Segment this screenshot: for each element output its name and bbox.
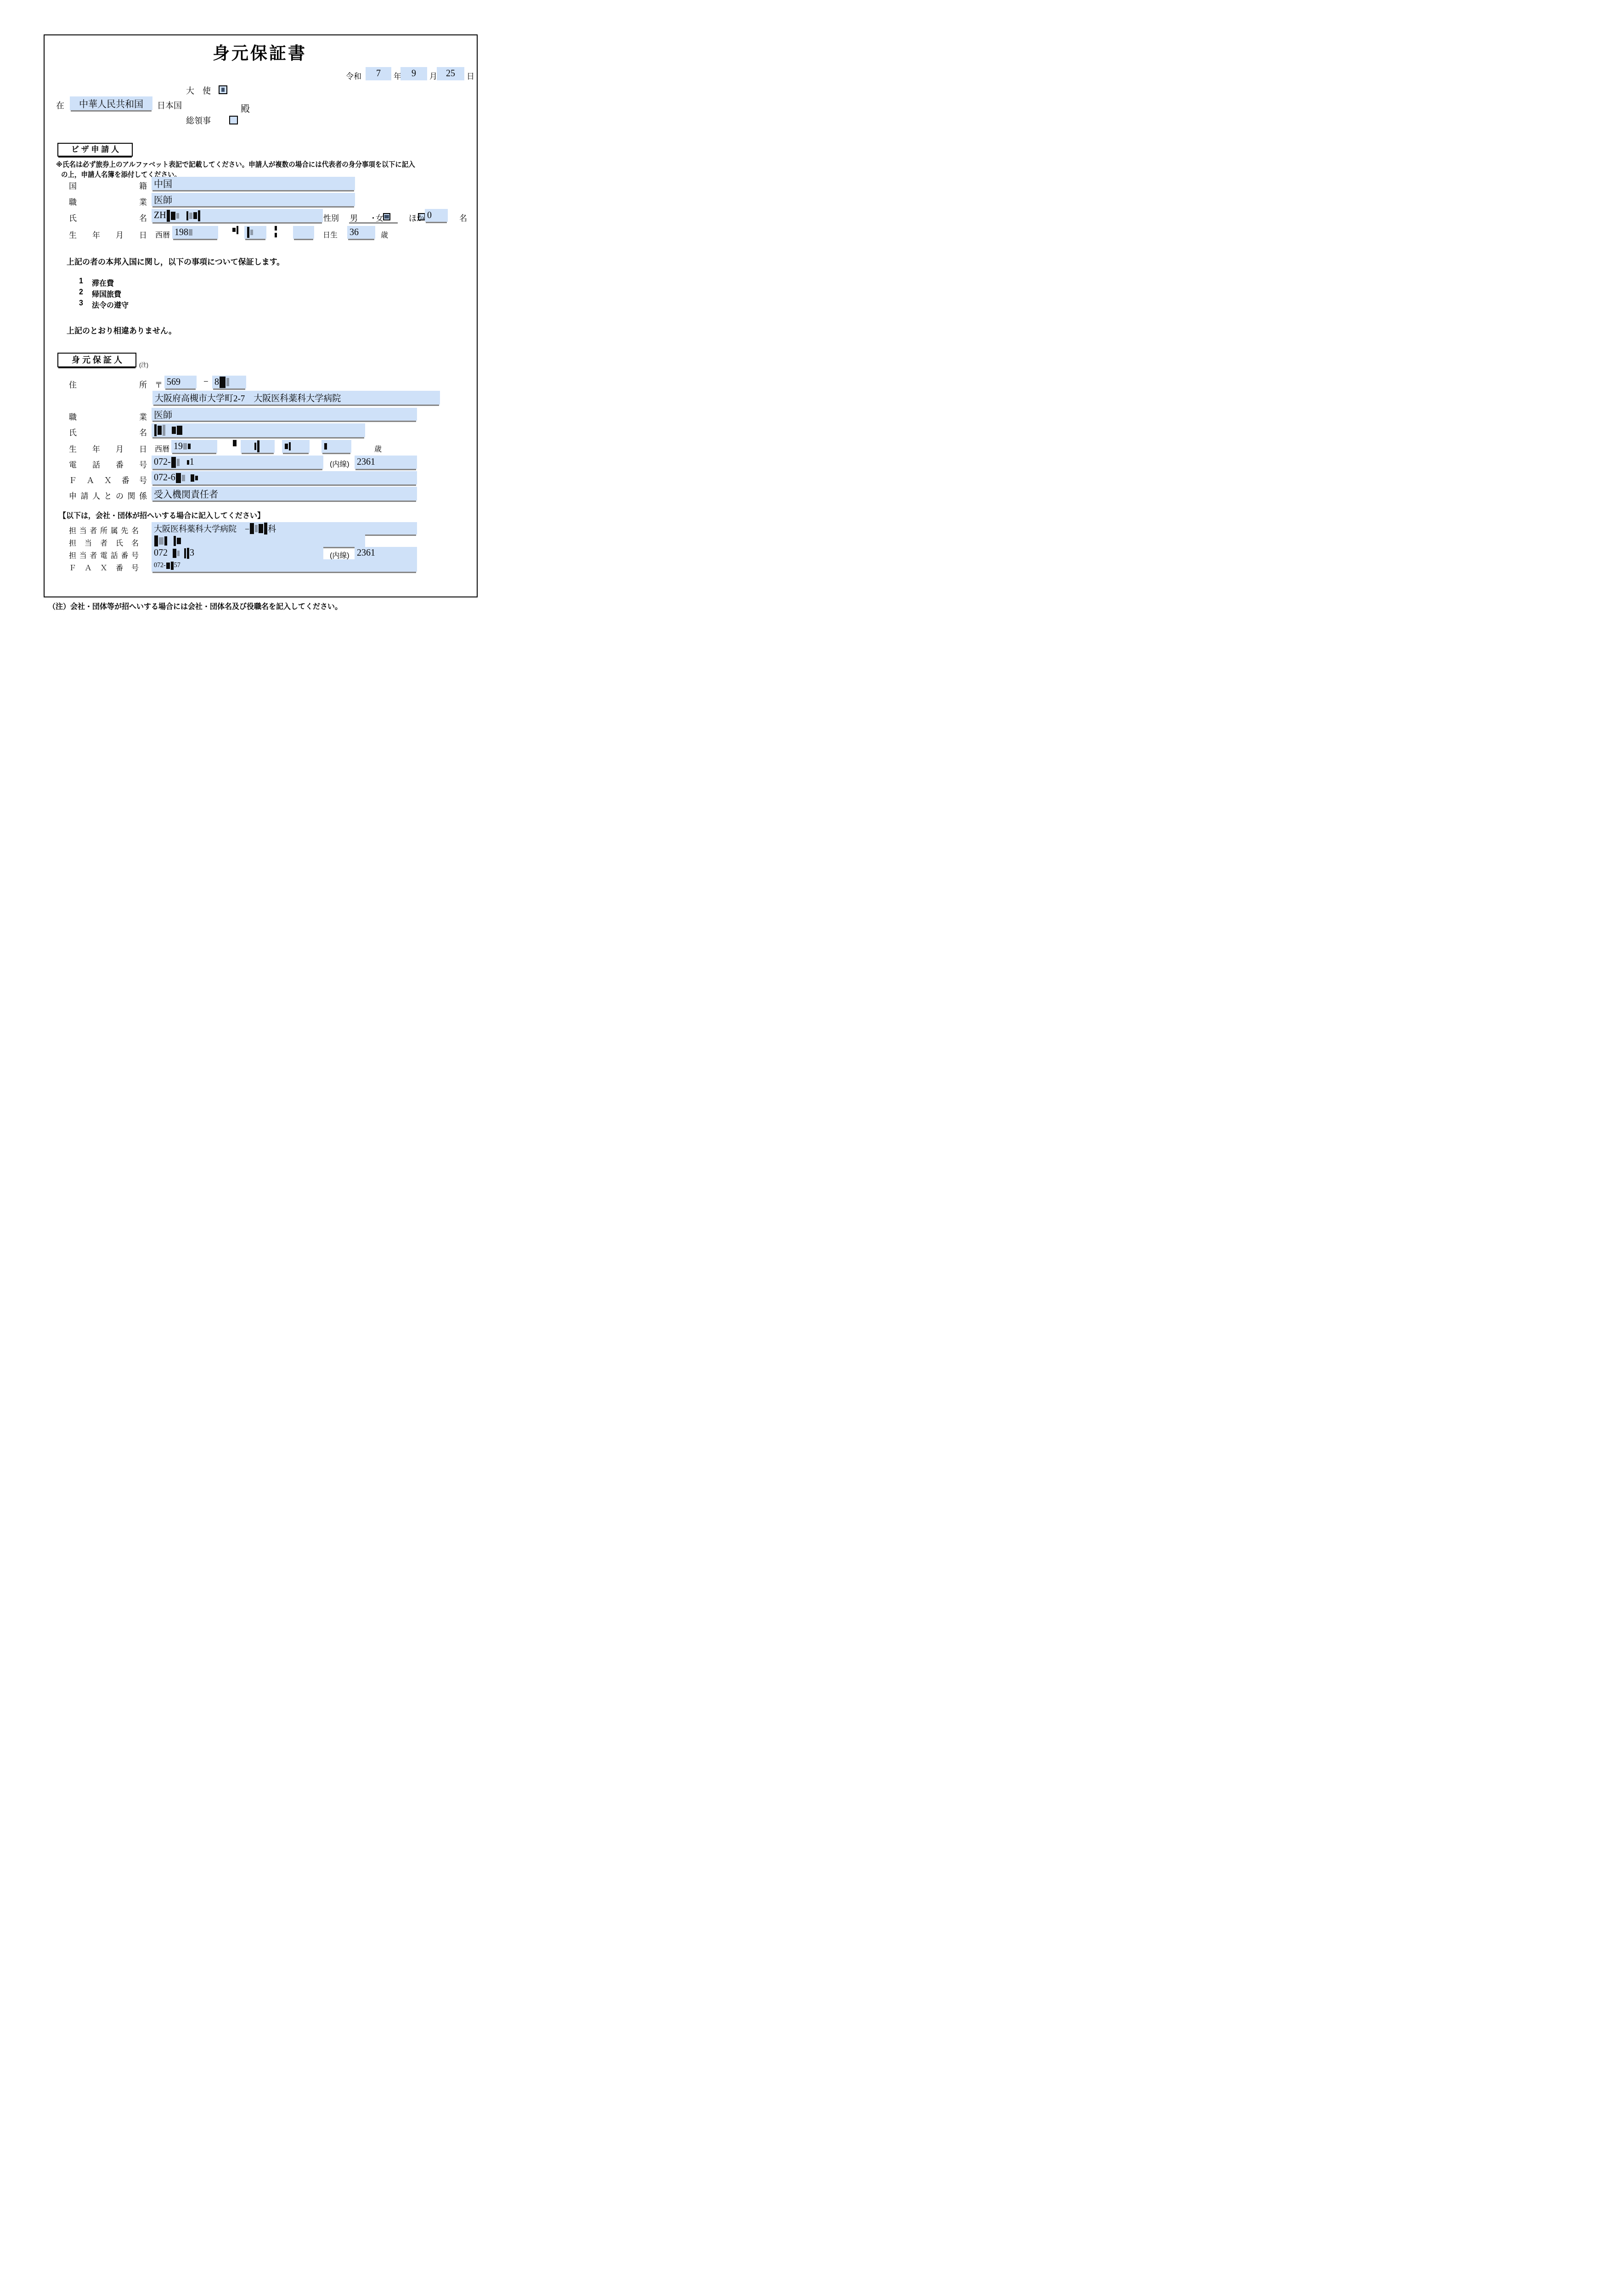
redaction-block — [159, 537, 164, 545]
redaction-block — [186, 211, 188, 220]
guarantor-header-note: (注) — [139, 361, 148, 369]
date-month-unit: 月 — [429, 70, 437, 81]
applicant-occupation-field[interactable]: 医師 — [152, 193, 355, 206]
applicant-birth-year-visible: 198 — [175, 227, 188, 238]
guarantor-address-label: 住所 — [69, 378, 147, 390]
affiliation-label: 担当者所属先名 — [69, 525, 139, 535]
redaction-block — [237, 226, 238, 234]
zai-label: 在 — [56, 99, 64, 111]
redaction-block — [189, 213, 192, 219]
redaction-block — [172, 427, 176, 434]
staff-phone-suffix: 3 — [190, 548, 194, 558]
redaction-block — [195, 476, 198, 480]
redaction-block — [233, 440, 237, 446]
redaction-block — [163, 425, 165, 436]
guarantor-age-unit: 歳 — [374, 443, 382, 454]
pledge-item-1-no: 1 — [79, 277, 83, 286]
redaction-block — [166, 563, 170, 569]
applicant-name-field[interactable]: ZH — [152, 209, 323, 222]
date-day-unit: 日 — [467, 70, 474, 81]
redaction-block — [198, 210, 200, 221]
japan-label: 日本国 — [157, 99, 182, 111]
staff-phone-visible: 072 — [154, 548, 168, 558]
postal-code2-field[interactable]: 8 — [212, 376, 246, 388]
redaction-block — [232, 228, 236, 232]
birth-suffix-label: 日生 — [323, 229, 338, 240]
visa-applicant-header: ビ ザ 申 請 人 — [57, 143, 133, 157]
company-section-header: 【以下は，会社・団体が招へいする場合に記入してください】 — [59, 510, 265, 520]
pledge-item-1-text: 滞在費 — [92, 277, 114, 288]
redaction-block — [187, 548, 189, 559]
redaction-block — [183, 443, 187, 450]
redaction-block — [164, 536, 167, 546]
applicant-name-visible: ZH — [154, 210, 166, 221]
applicant-note-line1: ※氏名は必ず旅券上のアルファベット表記で記載してください。申請人が複数の場合には… — [56, 159, 415, 169]
redaction-block — [191, 474, 194, 482]
date-era-label: 令和 — [346, 70, 361, 81]
redaction-block — [176, 473, 181, 483]
redaction-block — [264, 523, 267, 535]
redaction-block — [275, 226, 277, 231]
guarantor-name-field[interactable] — [152, 423, 365, 437]
postal-code2-visible: 8 — [214, 377, 219, 388]
pledge-item-2-no: 2 — [79, 288, 83, 297]
redaction-block — [220, 377, 226, 388]
redaction-block — [154, 424, 157, 436]
other-unit: 名 — [459, 212, 467, 223]
guarantor-birth-extra-field[interactable] — [321, 440, 351, 453]
female-label: 女 — [376, 212, 383, 223]
guarantor-birth-day-field[interactable] — [282, 440, 310, 453]
ambassador-label: 大 使 — [186, 84, 211, 96]
redaction-block — [158, 426, 162, 435]
consul-label: 総領事 — [186, 114, 211, 126]
applicant-birth-month-field[interactable] — [244, 226, 266, 239]
applicant-birth-year-field[interactable]: 198 — [172, 226, 218, 239]
sex-underline — [349, 222, 398, 224]
guarantor-ext-field[interactable]: 2361 — [355, 456, 417, 469]
redaction-block — [182, 475, 185, 481]
nationality-label: 国籍 — [69, 180, 147, 191]
postal-dash: − — [203, 377, 209, 387]
sex-label: 性別 — [323, 212, 339, 223]
redaction-block — [177, 426, 182, 435]
nationality-field[interactable]: 中国 — [152, 177, 355, 190]
redaction-block — [254, 443, 256, 450]
staff-ext-label: (内線) — [330, 550, 350, 560]
staff-name-label: 担当者氏名 — [69, 537, 139, 548]
redaction-block — [173, 549, 176, 558]
redaction-block — [171, 212, 175, 220]
redaction-block — [259, 524, 263, 533]
pledge-item-3-no: 3 — [79, 299, 83, 308]
staff-fax-field[interactable]: 072- 57 — [152, 559, 417, 572]
staff-fax-visible: 072- — [154, 562, 166, 569]
redaction-block — [184, 548, 186, 558]
country-field[interactable]: 中華人民共和国 — [70, 96, 152, 110]
relation-label: 申請人との関係 — [69, 490, 147, 501]
redaction-block — [257, 440, 259, 452]
document-title: 身元保証書 — [44, 39, 476, 64]
redaction-block — [167, 210, 170, 222]
affiliation-visible: 大阪医科薬科大学病院 − — [154, 523, 249, 535]
guarantor-occupation-label: 職業 — [69, 411, 147, 422]
guarantor-fax-label: ＦＡＸ番号 — [69, 474, 147, 485]
guarantor-address-field[interactable]: 大阪府高槻市大学町2-7 大阪医科薬科大学病院 — [152, 391, 440, 405]
staff-name-field[interactable] — [152, 535, 365, 547]
guarantor-fax-field[interactable]: 072-6 — [152, 471, 417, 484]
redaction-block — [188, 444, 191, 449]
redaction-block — [171, 562, 174, 570]
male-label: 男 — [350, 212, 358, 223]
applicant-name-label: 氏名 — [69, 212, 147, 223]
consul-checkbox[interactable] — [229, 116, 238, 124]
footer-note: （注）会社・団体等が招へいする場合には会社・団体名及び役職名を記入してください。 — [48, 601, 342, 611]
guarantor-header: 身 元 保 証 人 — [57, 353, 136, 367]
redaction-block — [177, 538, 181, 544]
redaction-block — [285, 444, 288, 449]
redaction-block — [250, 230, 253, 235]
guarantor-phone-visible: 072- — [154, 457, 171, 467]
postal-code1-field[interactable]: 569 — [164, 376, 197, 388]
redaction-block — [247, 227, 249, 238]
guarantor-birth-year-visible: 19 — [174, 441, 183, 452]
redaction-block — [174, 536, 176, 546]
guarantor-era-label: 西暦 — [155, 443, 169, 454]
age-field[interactable]: 36 — [347, 226, 375, 239]
applicant-era-label: 西暦 — [155, 229, 170, 240]
redaction-block — [250, 523, 254, 534]
redaction-block — [226, 378, 229, 386]
guarantor-occupation-field[interactable]: 医師 — [152, 408, 417, 421]
applicant-birth-label: 生年月日 — [69, 229, 147, 240]
guarantor-ext-label: (内線) — [330, 458, 350, 469]
pledge-closing: 上記のとおり相違ありません。 — [67, 324, 176, 336]
age-unit-label: 歳 — [381, 229, 388, 240]
staff-ext-field[interactable]: 2361 — [355, 547, 417, 559]
staff-phone-label: 担当者電話番号 — [69, 550, 139, 560]
staff-fax-suffix: 57 — [174, 562, 180, 569]
date-month-field[interactable]: 9 — [400, 67, 427, 80]
redaction-block — [154, 535, 158, 546]
date-year-field[interactable]: 7 — [366, 67, 391, 80]
redaction-block — [177, 551, 180, 556]
guarantor-phone-suffix: 1 — [190, 457, 194, 467]
pledge-item-3-text: 法令の遵守 — [92, 299, 129, 310]
redaction-block — [187, 460, 189, 465]
guarantor-fax-visible: 072-6 — [154, 473, 175, 483]
staff-fax-label: ＦＡＸ番号 — [69, 562, 139, 573]
other-label: ほか — [409, 212, 424, 223]
redaction-block — [177, 459, 180, 466]
redaction-block — [275, 233, 277, 237]
relation-field[interactable]: 受入機関責任者 — [152, 487, 417, 501]
guarantor-birth-month-field[interactable] — [241, 440, 275, 453]
redaction-block — [171, 457, 176, 468]
other-count-field[interactable]: 0 — [425, 209, 448, 222]
pledge-item-2-text: 帰国旅費 — [92, 288, 121, 299]
guarantor-birth-label: 生年月日 — [69, 443, 147, 454]
redaction-block — [255, 525, 258, 532]
redaction-block — [193, 212, 197, 219]
redaction-block — [176, 213, 179, 219]
male-checkbox[interactable] — [383, 213, 390, 220]
guarantor-phone-field[interactable]: 072- 1 — [152, 456, 323, 469]
affiliation-field[interactable]: 大阪医科薬科大学病院 − 科 — [152, 522, 417, 535]
honorific-label: 殿 — [241, 101, 250, 115]
guarantor-birth-year-field[interactable]: 19 — [171, 440, 217, 453]
staff-phone-field[interactable]: 072 3 — [152, 547, 323, 559]
document-page: 身元保証書 令和 7 年 9 月 25 日 大 使 在 中華人民共和国 日本国 … — [0, 0, 505, 715]
applicant-birth-day-field[interactable] — [293, 226, 314, 239]
redaction-block — [189, 229, 192, 236]
applicant-occupation-label: 職業 — [69, 196, 147, 207]
date-day-field[interactable]: 25 — [437, 67, 464, 80]
redaction-block — [289, 442, 291, 450]
ambassador-checkbox[interactable] — [219, 85, 227, 94]
redaction-block — [324, 443, 327, 450]
guarantor-phone-label: 電話番号 — [69, 458, 147, 470]
pledge-intro: 上記の者の本邦入国に関し，以下の事項について保証します。 — [67, 255, 284, 267]
affiliation-suffix: 科 — [268, 523, 276, 535]
guarantor-name-label: 氏名 — [69, 426, 147, 438]
postal-mark: 〒 — [155, 378, 163, 390]
